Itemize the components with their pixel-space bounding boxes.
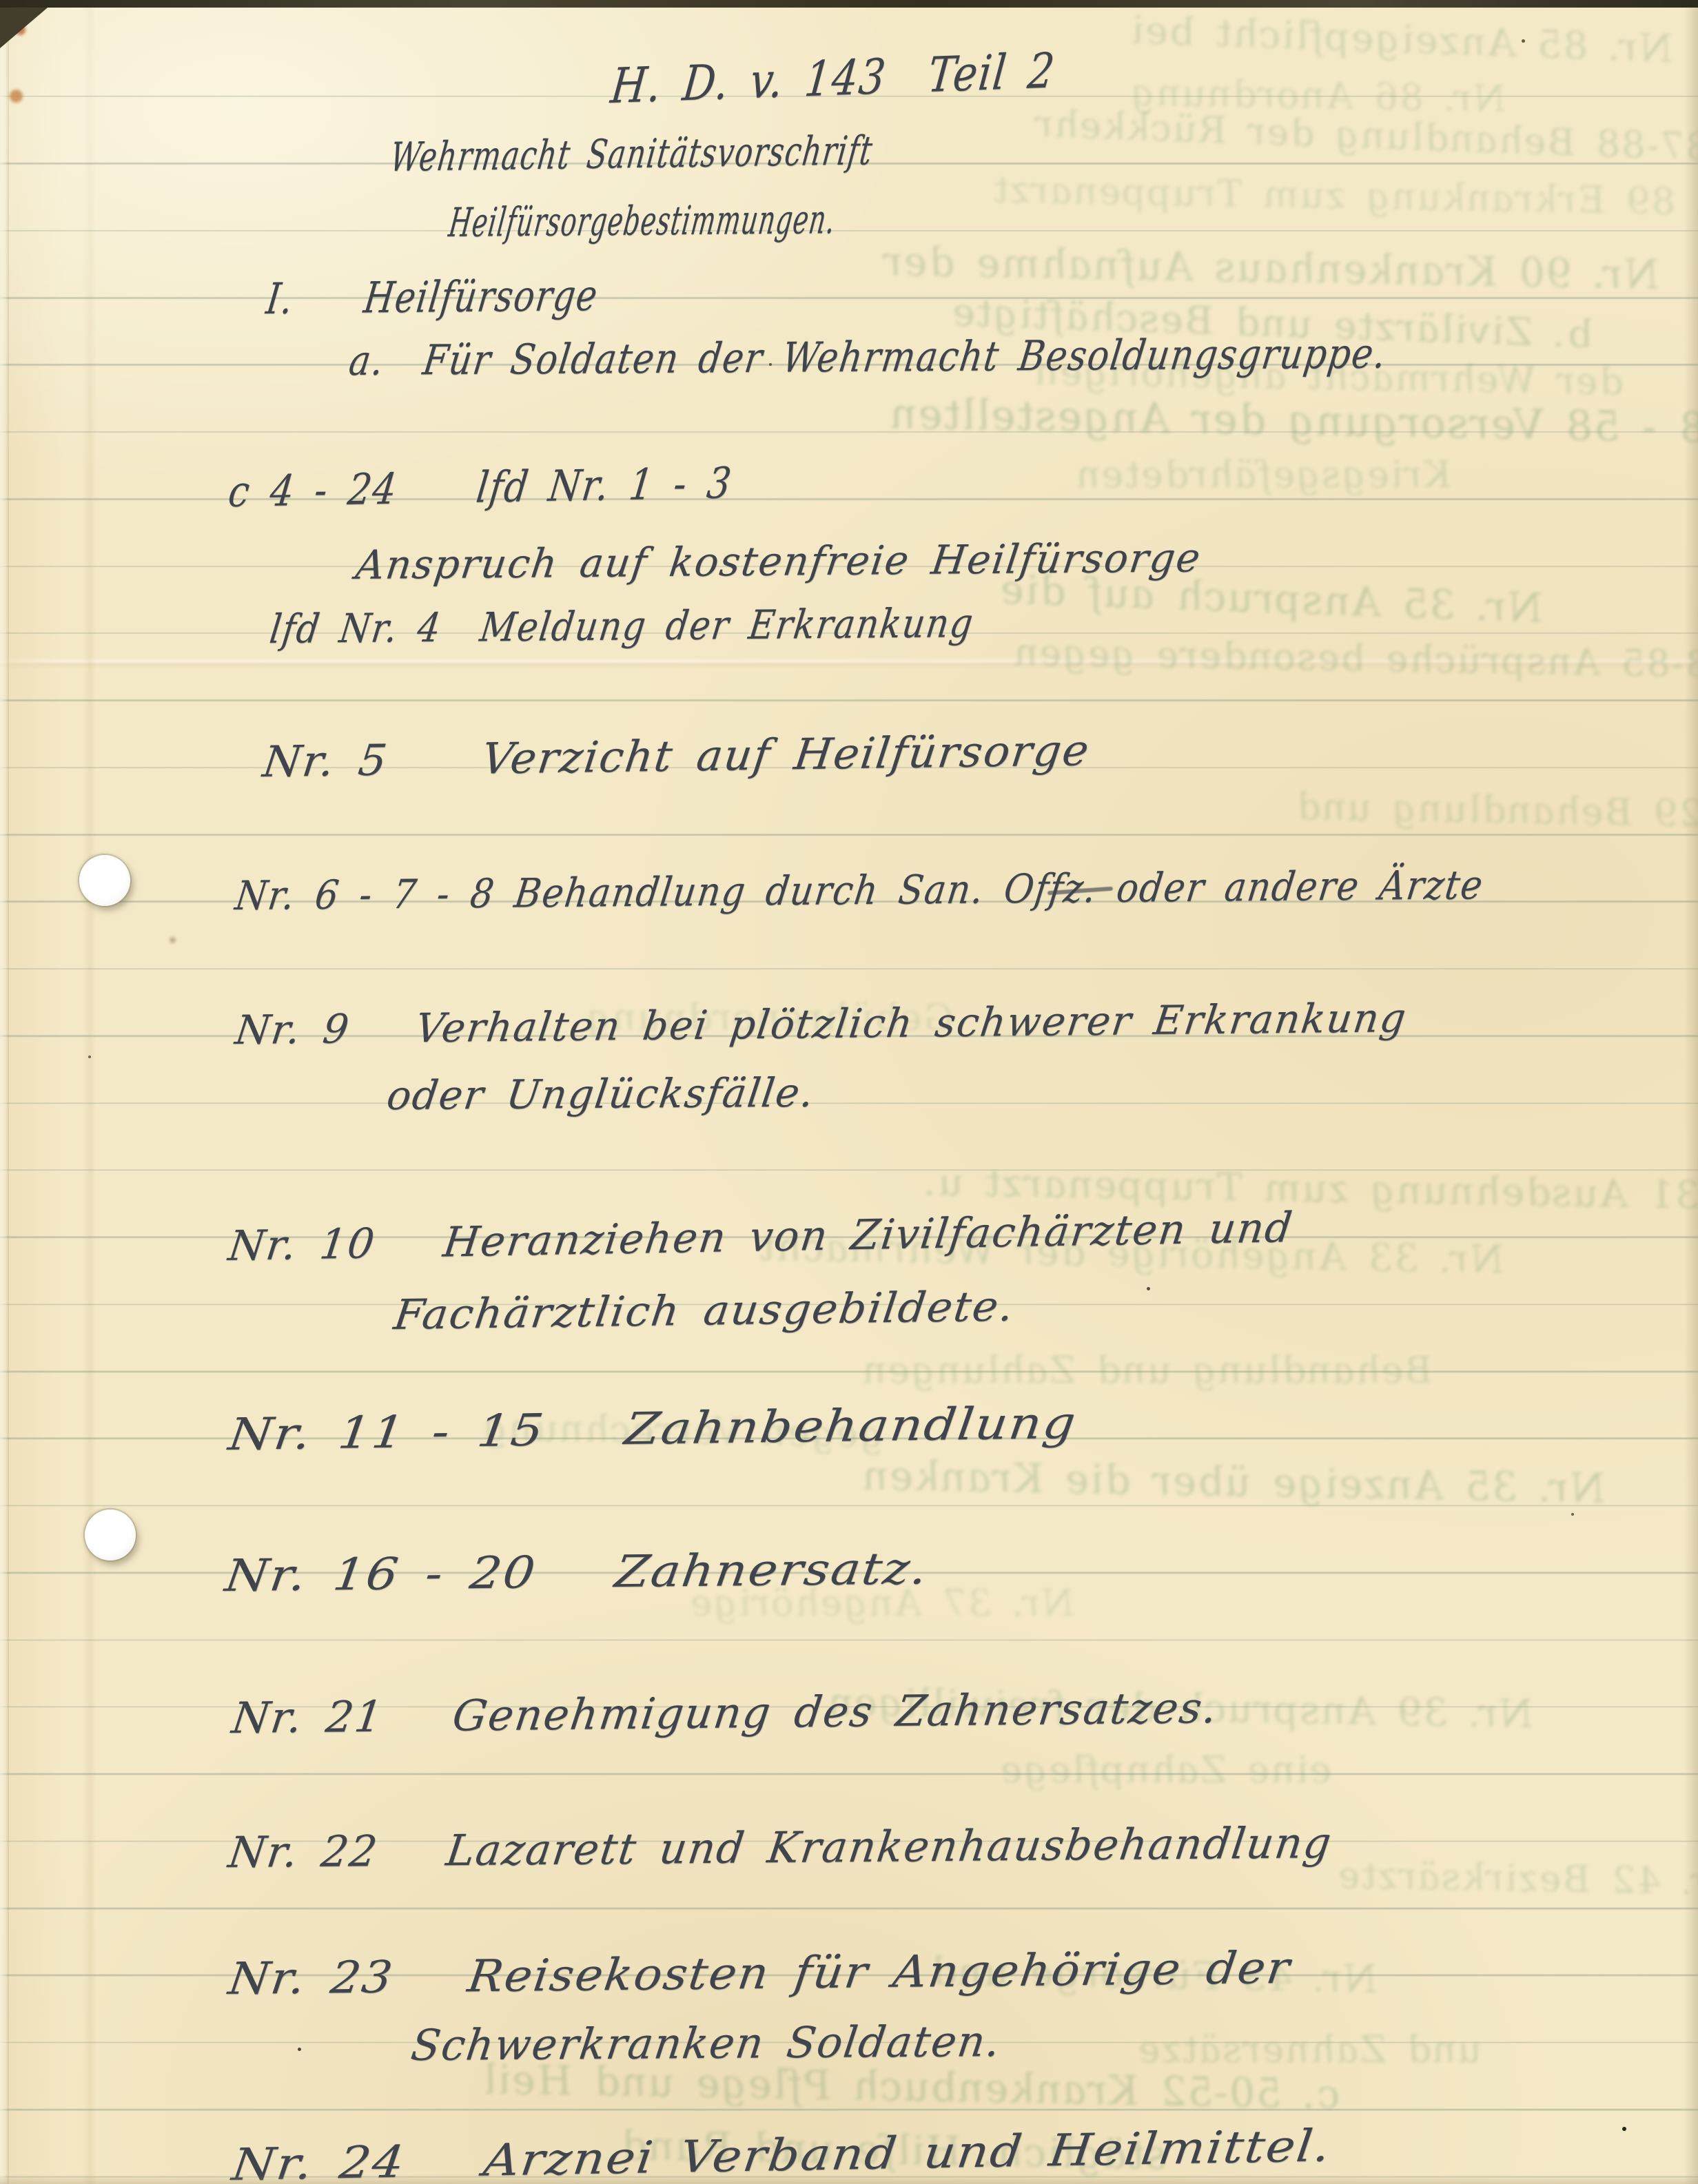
bleedthrough-line: und Zahnersätze	[1134, 2031, 1484, 2068]
handwritten-line: Nr. 23 Reisekosten für Angehörige der	[226, 1946, 1293, 2001]
paper-speck	[1522, 39, 1525, 43]
handwritten-line: Nr. 9 Verhalten bei plötzlich schwerer E…	[233, 998, 1409, 1050]
handwritten-line: I. Heilfürsorge	[264, 274, 600, 320]
bleedthrough-line: Nr. 42 Bezirksärzte	[1334, 1857, 1698, 1901]
paper-speck	[1571, 1513, 1574, 1516]
scanned-page: Nr. 85 Anzeigepflicht beiNr. 86 Anordnun…	[0, 0, 1698, 2184]
scanner-top-edge	[0, 0, 1698, 8]
paper-speck	[1147, 1287, 1150, 1290]
handwritten-line: c 4 - 24 lfd Nr. 1 - 3	[226, 462, 735, 513]
punch-hole	[79, 855, 130, 906]
bleedthrough-line: Kriegsgefährdeten	[1072, 456, 1454, 493]
handwritten-line: H. D. v. 143 Teil 2	[608, 46, 1058, 110]
rust-stain	[170, 937, 176, 943]
left-torn-edge	[0, 41, 9, 2184]
handwritten-line: lfd Nr. 4 Meldung der Erkrankung	[267, 603, 976, 649]
paper-speck	[769, 363, 772, 366]
right-page-edge	[1684, 0, 1698, 2184]
bleedthrough-line: Nr. 35 Anzeige über die Kranken	[859, 1456, 1608, 1509]
paper-speck	[1622, 2127, 1626, 2131]
bleedthrough-line: eine Zahnpflege	[996, 1751, 1334, 1789]
handwritten-line: Nr. 6 - 7 - 8 Behandlung durch San. Offz…	[233, 865, 1486, 916]
handwritten-line: oder Unglücksfälle.	[385, 1073, 817, 1115]
bleedthrough-line: Behandlung und Zahlungen	[859, 1352, 1435, 1389]
bottom-page-edge	[0, 2174, 1698, 2184]
punch-hole	[85, 1510, 136, 1560]
handwritten-line: Fachärztlich ausgebildete.	[391, 1286, 1017, 1337]
handwritten-line: a. Für Soldaten der Wehrmacht Besoldungs…	[347, 333, 1389, 382]
bleedthrough-line: Nr. 29 Behandlung und	[1293, 788, 1698, 834]
handwritten-line: Nr. 5 Verzicht auf Heilfürsorge	[260, 729, 1092, 783]
paper-speck	[298, 2048, 301, 2051]
handwritten-line: Nr. 11 - 15 Zahnbehandlung	[226, 1401, 1079, 1457]
handwritten-line: Heilfürsorgebestimmungen.	[447, 199, 838, 243]
handwritten-line: Nr. 21 Genehmigung des Zahnersatzes.	[229, 1687, 1220, 1740]
rust-stain	[10, 90, 23, 103]
handwritten-line: Nr. 16 - 20 Zahnersatz.	[223, 1547, 931, 1599]
handwritten-line: Nr. 22 Lazarett und Krankenhausbehandlun…	[226, 1822, 1335, 1874]
handwritten-line: Schwerkranken Soldaten.	[409, 2020, 1004, 2067]
paper-speck	[88, 1055, 91, 1058]
handwritten-line: Wehrmacht Sanitätsvorschrift	[388, 130, 875, 177]
handwritten-line: Anspruch auf kostenfreie Heilfürsorge	[354, 537, 1204, 585]
